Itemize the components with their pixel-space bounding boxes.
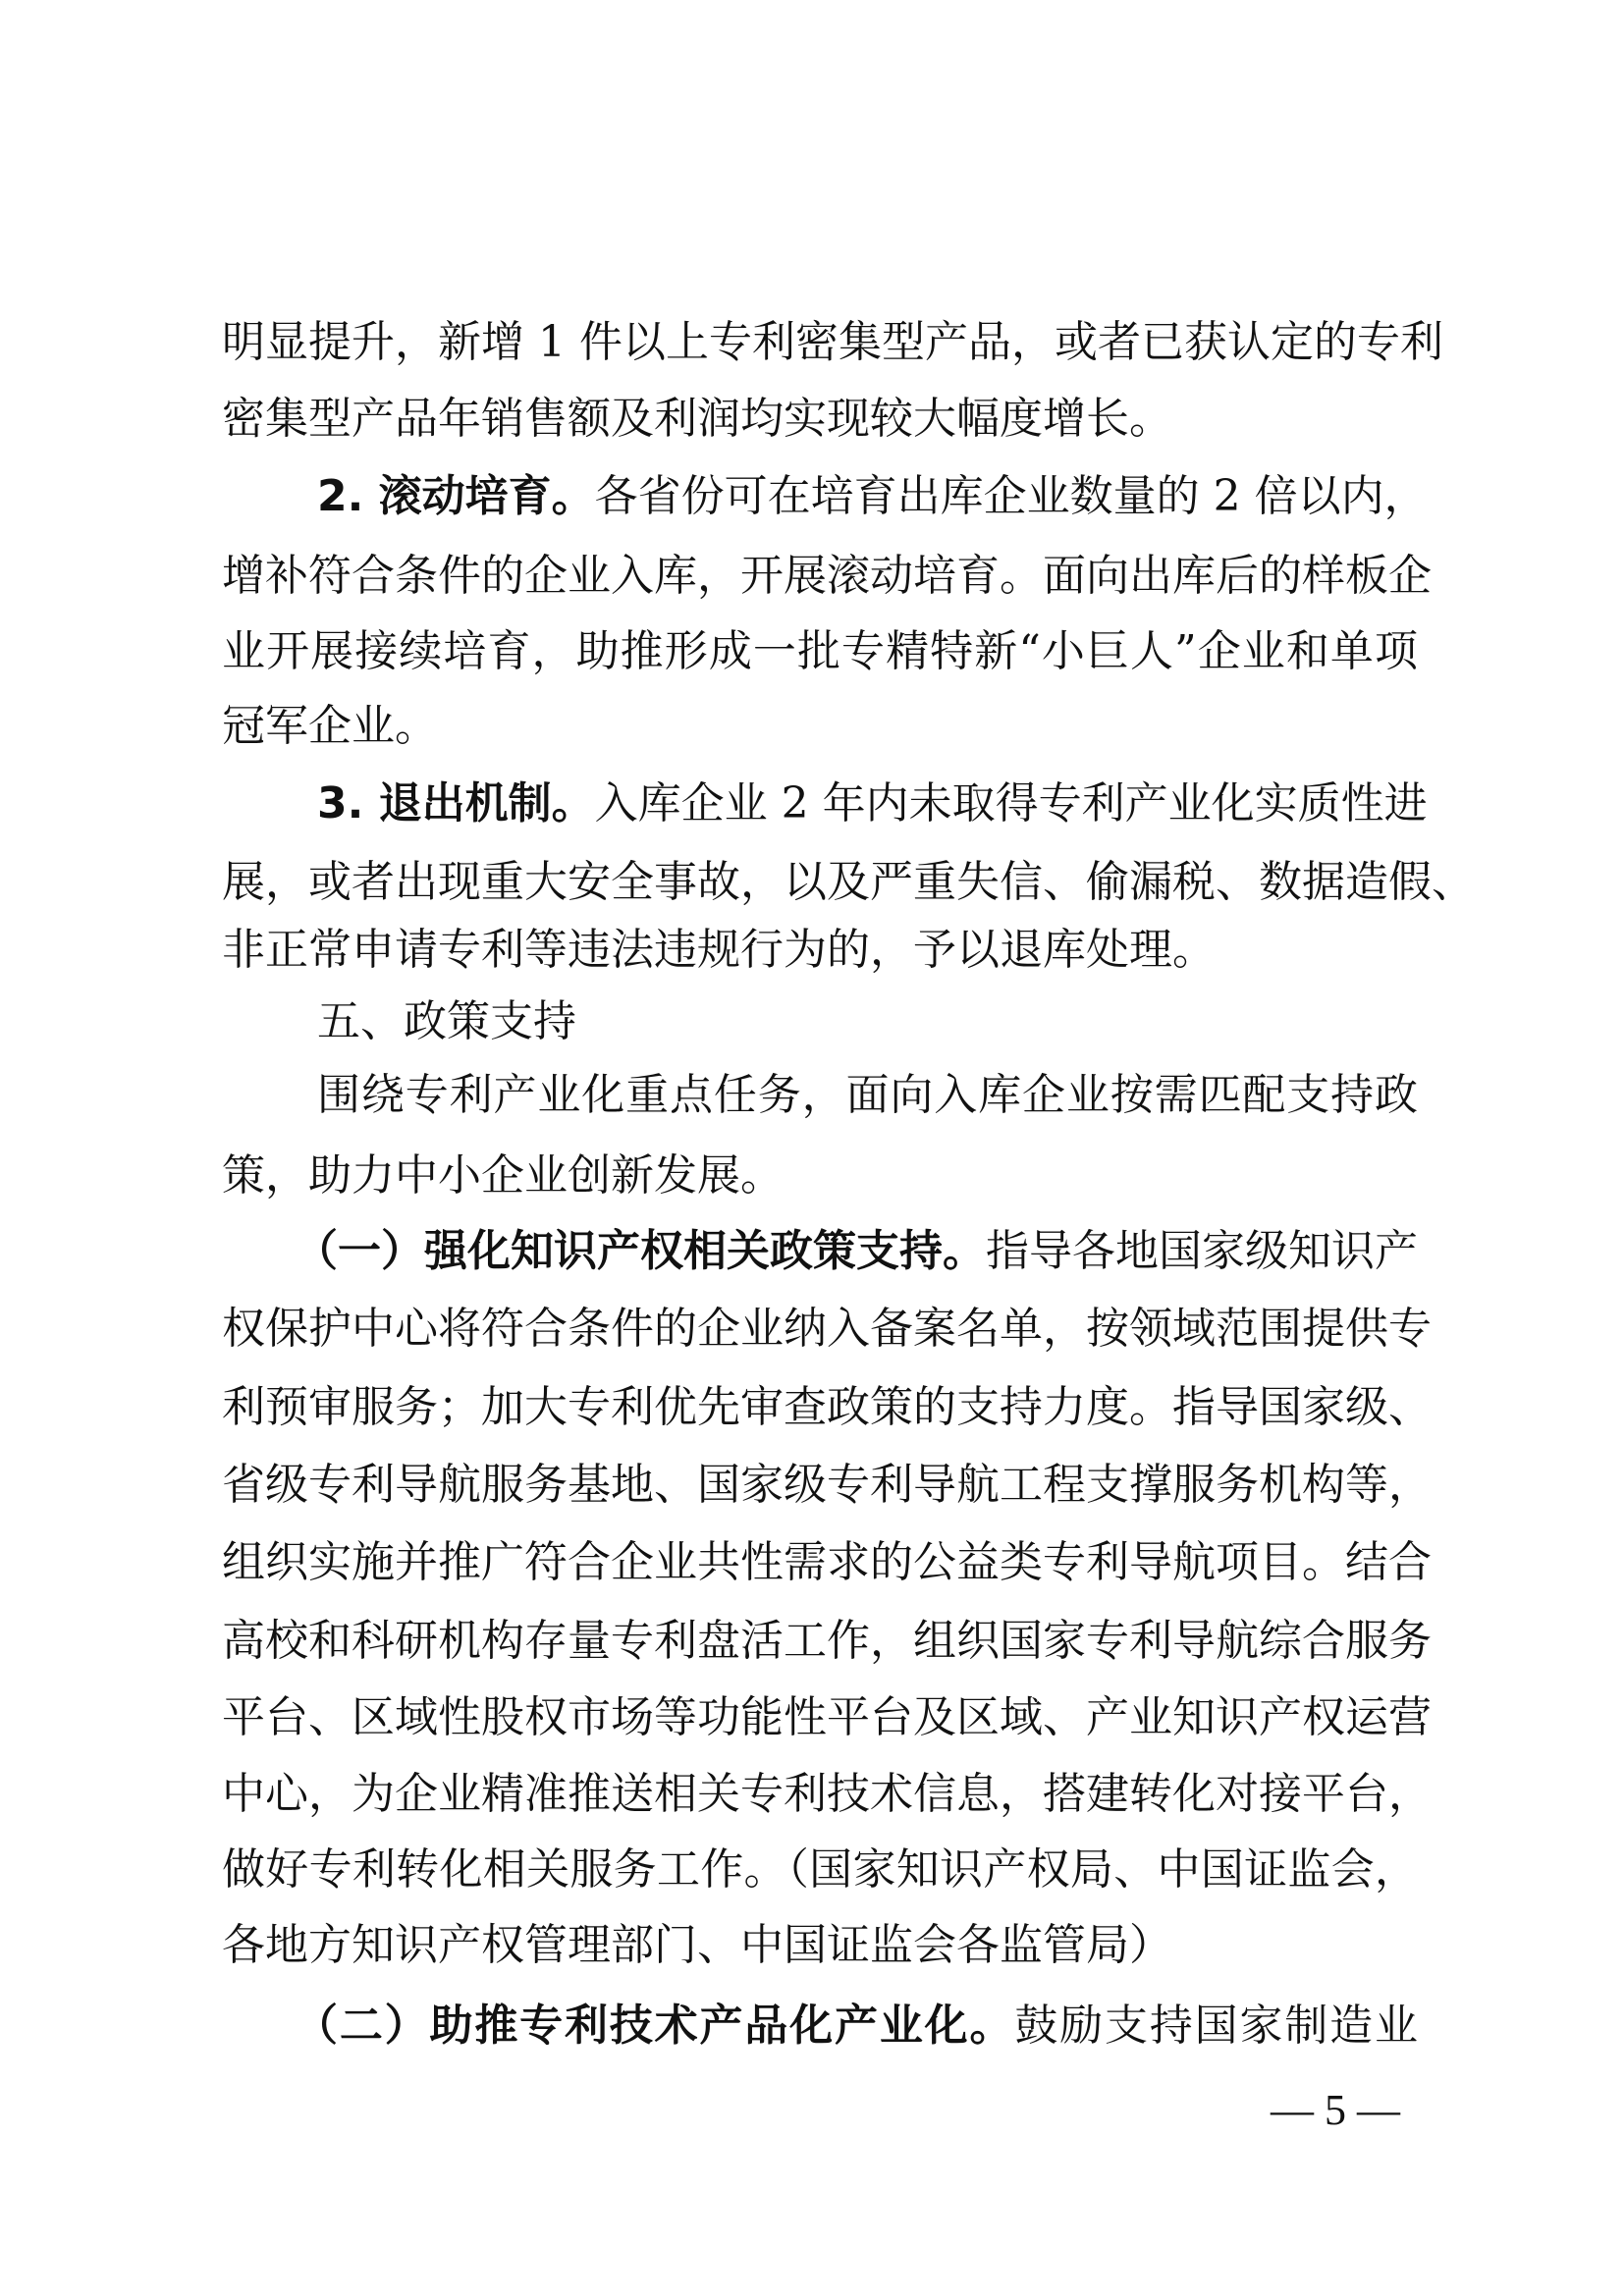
- section-heading-policy-support: 五、政策支持: [317, 992, 1418, 1051]
- body-line: 做好专利转化相关服务工作。（国家知识产权局、中国证监会，: [222, 1841, 1418, 1899]
- body-line: 权保护中心将符合条件的企业纳入备案名单，按领域范围提供专: [222, 1300, 1418, 1359]
- subsection-title: （一）强化知识产权相关政策支持。: [295, 1226, 986, 1276]
- body-line: 密集型产品年销售额及利润均实现较大幅度增长。: [222, 390, 1418, 449]
- document-page: 明显提升，新增 1 件以上专利密集型产品，或者已获认定的专利 密集型产品年销售额…: [0, 0, 1624, 2296]
- body-line: 展，或者出现重大安全事故，以及严重失信、偷漏税、数据造假、: [222, 853, 1418, 912]
- body-line: 组织实施并推广符合企业共性需求的公益类专利导航项目。结合: [222, 1533, 1418, 1592]
- body-line: 冠军企业。: [222, 697, 1418, 756]
- body-line: 非正常申请专利等违法违规行为的，予以退库处理。: [222, 921, 1418, 980]
- body-line: 高校和科研机构存量专利盘活工作，组织国家专利导航综合服务: [222, 1612, 1418, 1671]
- body-line: 明显提升，新增 1 件以上专利密集型产品，或者已获认定的专利: [222, 313, 1418, 372]
- body-line: 中心，为企业精准推送相关专利技术信息，搭建转化对接平台，: [222, 1765, 1418, 1824]
- list-item-rolling-cultivation: 2. 滚动培育。各省份可在培育出库企业数量的 2 倍以内，: [317, 467, 1418, 526]
- page-number: — 5 —: [1257, 2083, 1414, 2138]
- list-item-exit-mechanism: 3. 退出机制。入库企业 2 年内未取得专利产业化实质性进: [317, 774, 1418, 833]
- subsection-patent-industrialization: （二）助推专利技术产品化产业化。鼓励支持国家制造业: [295, 1997, 1418, 2056]
- body-line: 策，助力中小企业创新发展。: [222, 1147, 1418, 1205]
- body-line: 围绕专利产业化重点任务，面向入库企业按需匹配支持政: [317, 1066, 1418, 1125]
- body-line: 业开展接续培育，助推形成一批专精特新“小巨人”企业和单项: [222, 622, 1418, 681]
- subsection-ip-policy-support: （一）强化知识产权相关政策支持。指导各地国家级知识产: [295, 1222, 1418, 1281]
- list-item-title: 2. 滚动培育。: [317, 471, 595, 521]
- body-line: 增补符合条件的企业入库，开展滚动培育。面向出库后的样板企: [222, 547, 1418, 606]
- body-line: 利预审服务；加大专利优先审查政策的支持力度。指导国家级、: [222, 1378, 1418, 1437]
- subsection-title: （二）助推专利技术产品化产业化。: [295, 2001, 1014, 2051]
- body-line: 各地方知识产权管理部门、中国证监会各监管局）: [222, 1916, 1418, 1975]
- body-line: 平台、区域性股权市场等功能性平台及区域、产业知识产权运营: [222, 1688, 1418, 1747]
- body-line: 省级专利导航服务基地、国家级专利导航工程支撑服务机构等，: [222, 1456, 1418, 1515]
- list-item-title: 3. 退出机制。: [317, 778, 595, 828]
